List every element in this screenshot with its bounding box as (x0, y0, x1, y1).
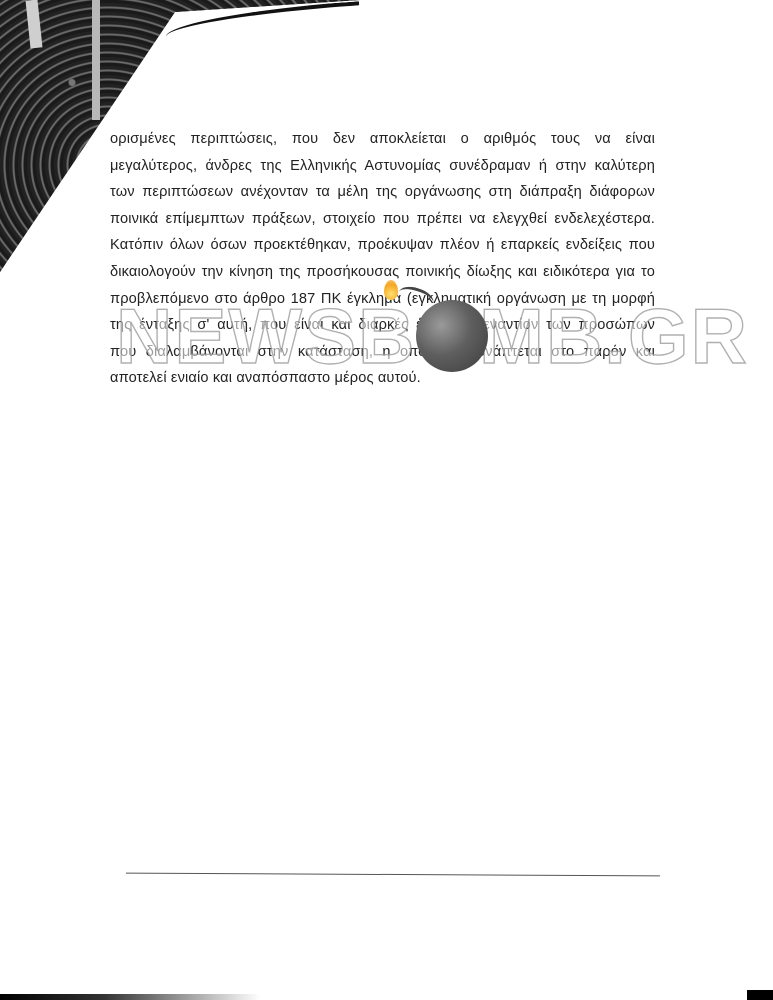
paragraph-line: της ένταξης σ' αυτή, που είναι και διαρκ… (110, 312, 655, 339)
scan-edge-shadow (0, 994, 260, 1000)
footer-rule (126, 873, 660, 877)
paragraph-line: των περιπτώσεων ανέχονταν τα μέλη της ορ… (110, 179, 655, 206)
paragraph-line: ποινικά επίμεμπτων πράξεων, στοιχείο που… (110, 206, 655, 233)
paragraph-line: ορισμένες περιπτώσεις, που δεν αποκλείετ… (110, 126, 655, 153)
paragraph-line: δικαιολογούν την κίνηση της προσήκουσας … (110, 259, 655, 286)
photo-detail (26, 0, 43, 48)
photo-detail (92, 0, 100, 120)
paragraph-line: αποτελεί ενιαίο και αναπόσπαστο μέρος αυ… (110, 365, 655, 392)
paragraph-line: Κατόπιν όλων όσων προεκτέθηκαν, προέκυψα… (110, 232, 655, 259)
paragraph-line: μεγαλύτερος, άνδρες της Ελληνικής Αστυνο… (110, 153, 655, 180)
paragraph-line: που διαλαμβάνονται στην κατάσταση, η οπο… (110, 339, 655, 366)
scanned-document-page: ορισμένες περιπτώσεις, που δεν αποκλείετ… (0, 0, 773, 1000)
paragraph-line: προβλεπόμενο στο άρθρο 187 ΠΚ έγκλημα (ε… (110, 286, 655, 313)
scan-edge-mark (747, 990, 773, 1000)
document-paragraph: ορισμένες περιπτώσεις, που δεν αποκλείετ… (110, 126, 655, 392)
